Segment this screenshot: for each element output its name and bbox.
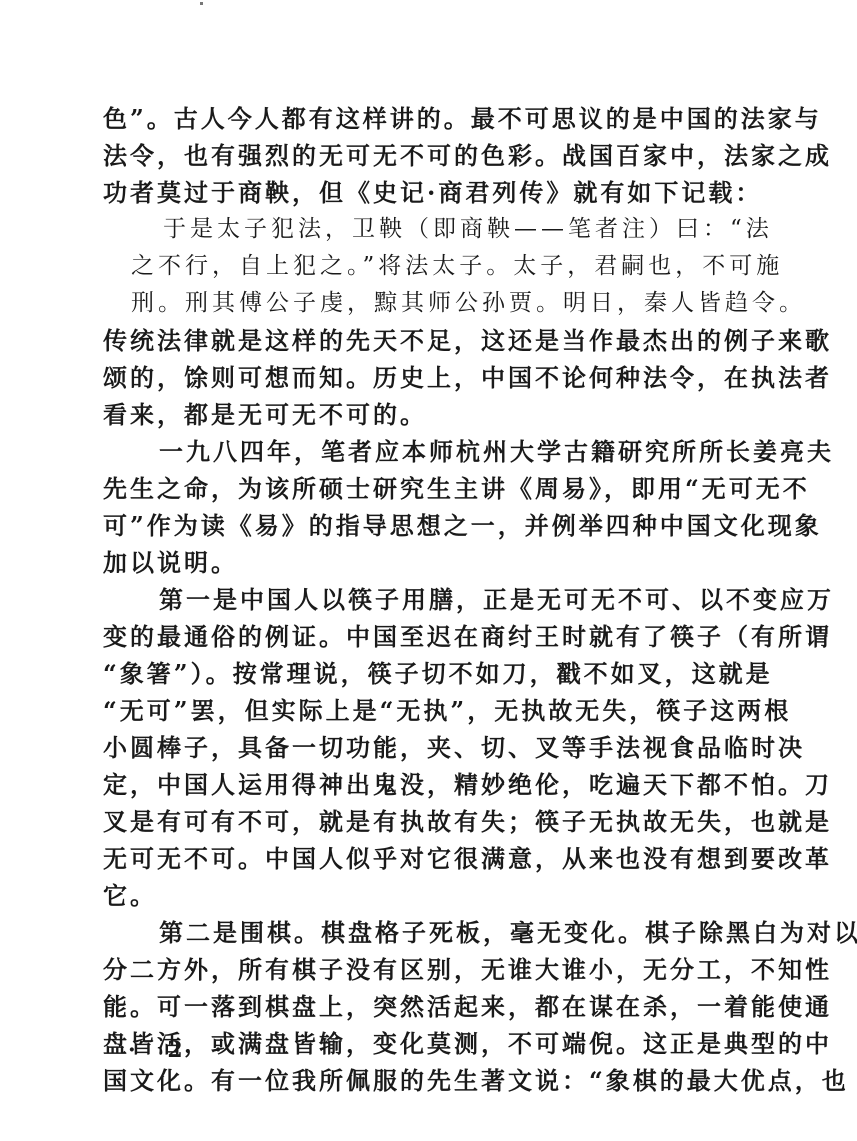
paragraph-start-line: 一九八四年，笔者应本师杭州大学古籍研究所所长姜亮夫 <box>103 433 763 470</box>
text-line: “象箸”）。按常理说，筷子切不如刀，戳不如叉，这就是 <box>103 655 763 692</box>
text-line: 无可无不可。中国人似乎对它很满意，从来也没有想到要改革 <box>103 840 763 877</box>
text-line: 它。 <box>103 877 763 914</box>
text-line: 传统法律就是这样的先天不足，这还是当作最杰出的例子来歌 <box>103 322 763 359</box>
text-line: “无可”罢，但实际上是“无执”，无执故无失，筷子这两根 <box>103 692 763 729</box>
quote-line: 于是太子犯法，卫鞅（即商鞅——笔者注）曰：“法 <box>103 211 763 248</box>
page-number: · 2 · <box>128 1037 234 1063</box>
page-body: 色”。古人今人都有这样讲的。最不可思议的是中国的法家与 法令，也有强烈的无可无不… <box>103 100 763 1099</box>
text-line: 看来，都是无可无不可的。 <box>103 396 763 433</box>
text-line: 先生之命，为该所硕士研究生主讲《周易》，即用“无可无不 <box>103 470 763 507</box>
paragraph-start-line: 第一是中国人以筷子用膳，正是无可无不可、以不变应万 <box>103 581 763 618</box>
text-line: 颂的，馀则可想而知。历史上，中国不论何种法令，在执法者 <box>103 359 763 396</box>
text-line: 国文化。有一位我所佩服的先生著文说：“象棋的最大优点，也 <box>103 1062 763 1099</box>
text-line: 可”作为读《易》的指导思想之一，并例举四种中国文化现象 <box>103 507 763 544</box>
text-line: 能。可一落到棋盘上，突然活起来，都在谋在杀，一着能使通 <box>103 988 763 1025</box>
text-line: 法令，也有强烈的无可无不可的色彩。战国百家中，法家之成 <box>103 137 763 174</box>
scan-speck <box>200 2 203 5</box>
text-line: 小圆棒子，具备一切功能，夹、切、叉等手法视食品临时决 <box>103 729 763 766</box>
text-line: 叉是有可有不可，就是有执故有失；筷子无执故无失，也就是 <box>103 803 763 840</box>
text-line: 加以说明。 <box>103 544 763 581</box>
quote-line: 刑。刑其傅公子虔，黥其师公孙贾。明日，秦人皆趋令。 <box>103 285 763 322</box>
paragraph-start-line: 第二是围棋。棋盘格子死板，毫无变化。棋子除黑白为对以 <box>103 914 763 951</box>
text-line: 定，中国人运用得神出鬼没，精妙绝伦，吃遍天下都不怕。刀 <box>103 766 763 803</box>
text-line: 分二方外，所有棋子没有区别，无谁大谁小，无分工，不知性 <box>103 951 763 988</box>
text-line: 功者莫过于商鞅，但《史记·商君列传》就有如下记载： <box>103 174 763 211</box>
text-line: 色”。古人今人都有这样讲的。最不可思议的是中国的法家与 <box>103 100 763 137</box>
text-line: 变的最通俗的例证。中国至迟在商纣王时就有了筷子（有所谓 <box>103 618 763 655</box>
quote-line: 之不行，自上犯之。”将法太子。太子，君嗣也，不可施 <box>103 248 763 285</box>
